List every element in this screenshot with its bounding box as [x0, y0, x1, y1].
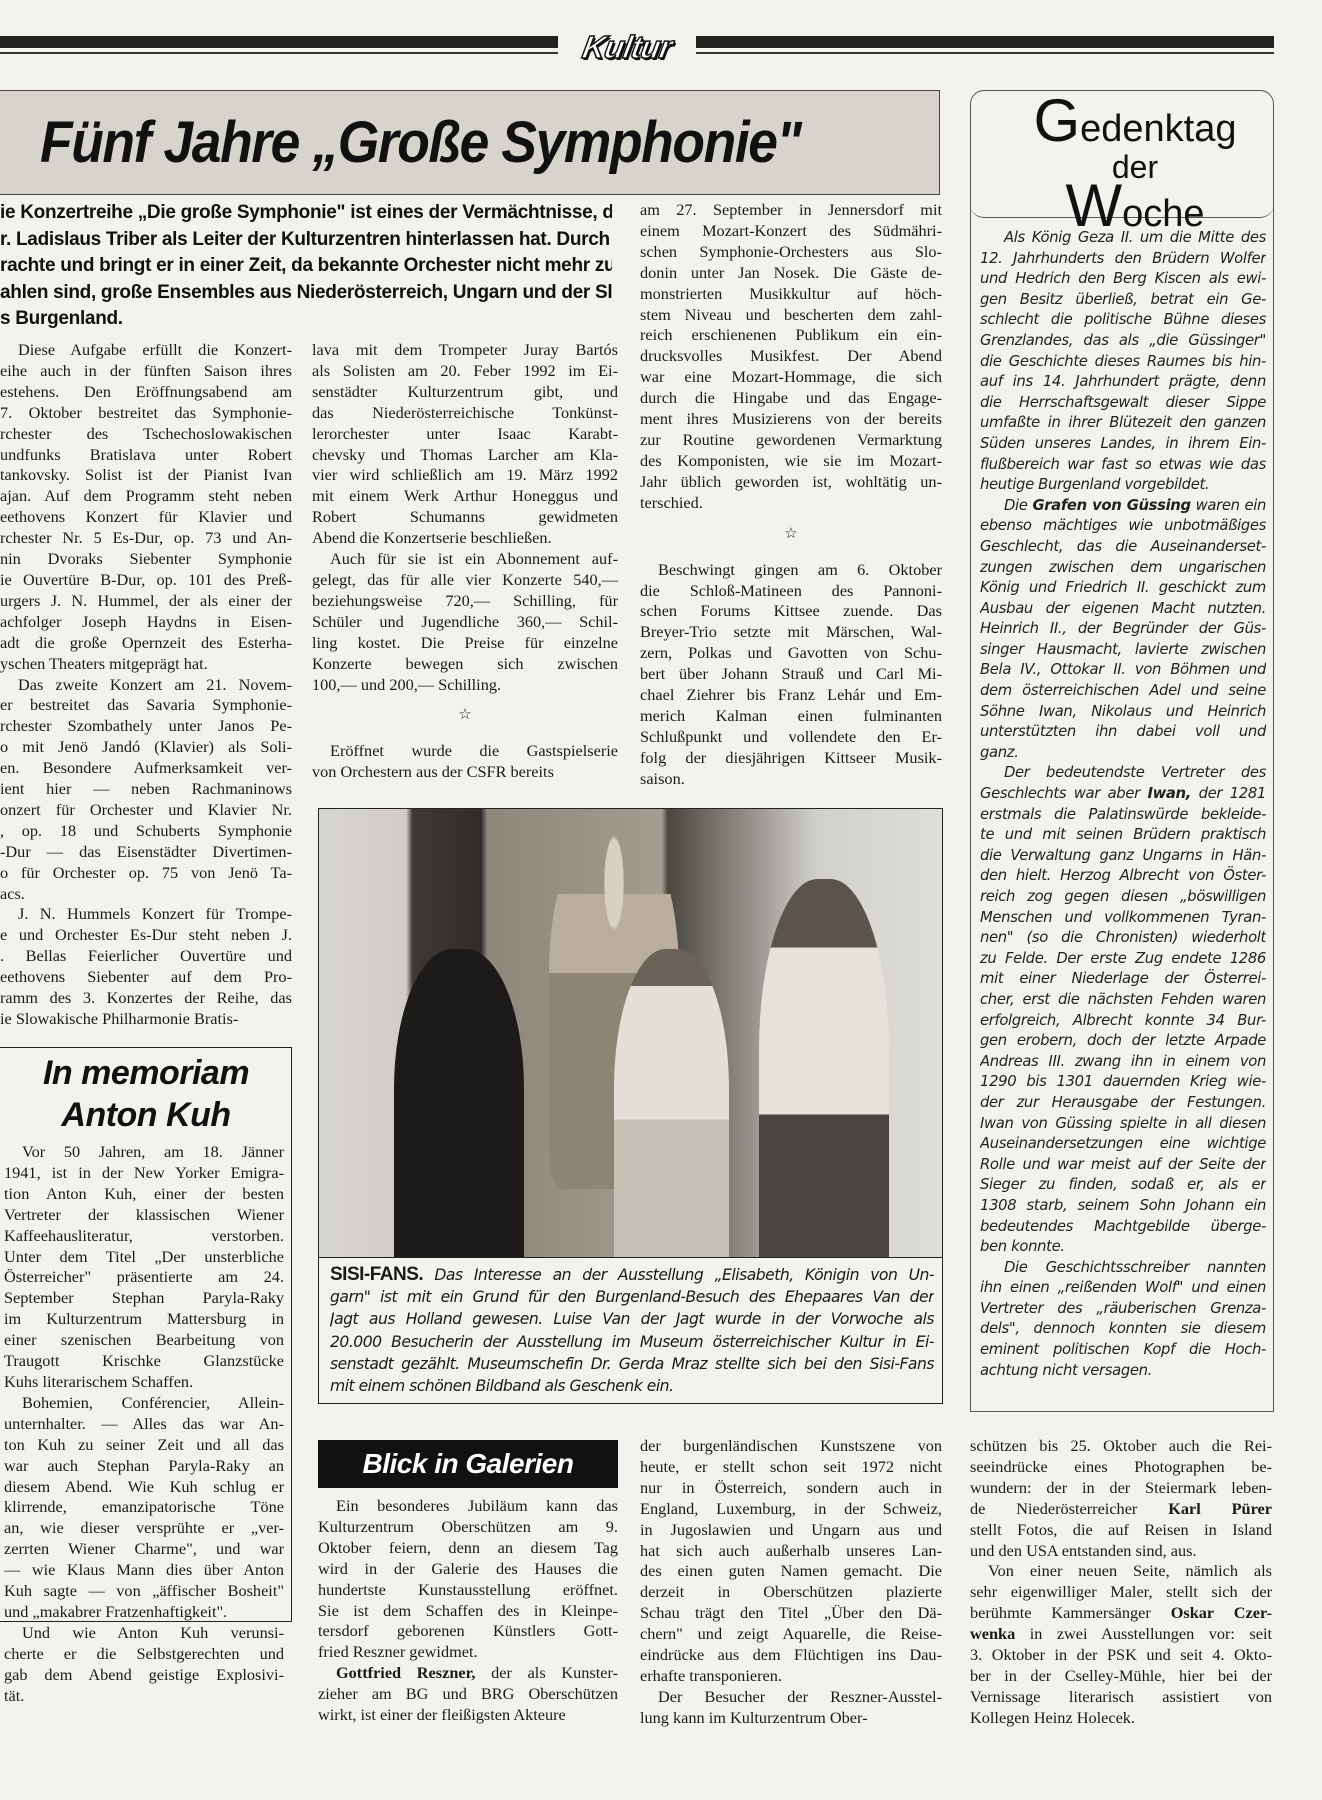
memoriam-line: Kuh sagte — von „äffischer Bosheit" — [4, 1581, 284, 1602]
sidebar-line: die Herrschaftsgewalt dieser Sippe — [980, 393, 1266, 414]
memoriam-line: September Stephan Paryla-Raky — [4, 1288, 284, 1309]
sidebar-line: den hielt. Herzog Albrecht von Öster- — [980, 866, 1266, 887]
article-line: Schlußpunkt und vollendete den Er- — [640, 727, 942, 748]
galerien-line: schützen bis 25. Oktober auch die Rei- — [970, 1436, 1272, 1457]
article-line: ramm des 3. Konzertes der Reihe, das — [0, 988, 292, 1009]
article-column-3: am 27. September in Jennersdorf miteinem… — [640, 200, 942, 790]
article-line: des Komponisten, wie sie im Mozart- — [640, 451, 942, 472]
memoriam-line: zerrten Wiener Charme", und war — [4, 1539, 284, 1560]
article-line: das Niederösterreichische Tonkünst- — [312, 403, 618, 424]
sidebar-line: erstmals die Palatinswürde bekleide- — [980, 805, 1266, 826]
galerien-line: Sie ist dem Schaffen des in Kleinpe- — [318, 1601, 618, 1622]
section-star-icon: ☆ — [640, 524, 942, 544]
galerien-line: wundern: der in der Steiermark leben- — [970, 1478, 1272, 1499]
article-column-2: lava mit dem Trompeter Juray Bartósals S… — [312, 340, 618, 783]
sidebar-line: dels", dennoch konnten sie diesem — [980, 1319, 1266, 1340]
article-line: Jahr üblich geworden ist, wohltätig un- — [640, 472, 942, 493]
memoriam-line: an, wie dieser versprühte er „ver- — [4, 1518, 284, 1539]
galerien-line: sehr eigenwilliger Maler, stellt sich de… — [970, 1582, 1272, 1603]
memoriam-line: gab dem Abend geistige Explosivi- — [4, 1665, 284, 1686]
sidebar-line: Die Geschichtsschreiber nannten — [980, 1258, 1266, 1279]
sidebar-line: unterstützten ihn dabei voll und — [980, 722, 1266, 743]
article-line: schen Symphonie-Orchesters aus Slo- — [640, 242, 942, 263]
news-photo — [318, 808, 943, 1258]
article-line: eihe auch in der fünften Saison ihres — [0, 361, 292, 382]
sidebar-line: zu Felde. Der erste Zug endete 1286 — [980, 949, 1266, 970]
article-line: e und Orchester Es-Dur steht neben J. — [0, 925, 292, 946]
article-line: lava mit dem Trompeter Juray Bartós — [312, 340, 618, 361]
article-line: Robert Schumanns gewidmeten — [312, 507, 618, 528]
galerien-line: hat sich auch außerhalb unseres Lan- — [640, 1541, 942, 1562]
sidebar-line: Vertreter des „räuberischen Grenza- — [980, 1299, 1266, 1320]
galerien-line: wirkt, ist einer der fleißigsten Akteure — [318, 1705, 618, 1726]
article-line: onzert für Orchester und Klavier Nr. — [0, 800, 292, 821]
sidebar-line: Die Grafen von Güssing waren ein — [980, 496, 1266, 517]
article-line: , op. 18 und Schuberts Symphonie — [0, 821, 292, 842]
article-line: eethovens Siebenter auf dem Pro- — [0, 967, 292, 988]
sidebar-line: Als König Geza II. um die Mitte des — [980, 228, 1266, 249]
memoriam-line: ton Kuh zu seiner Zeit und all das — [4, 1435, 284, 1456]
galerien-line: de Niederösterreicher Karl Pürer — [970, 1499, 1272, 1520]
galerien-column-1: Ein besonderes Jubiläum kann dasKulturze… — [318, 1496, 618, 1726]
galerien-line: berühmte Kammersänger Oskar Czer- — [970, 1603, 1272, 1624]
article-line: beziehungsweise 720,— Schilling, für — [312, 591, 618, 612]
caption-line: senstadt gezählt. Museumschefin Dr. Gerd… — [330, 1353, 934, 1375]
article-line: stem Niveau und bescherten dem zahl- — [640, 305, 942, 326]
memoriam-line: Und wie Anton Kuh verunsi- — [4, 1623, 284, 1644]
article-line: Beschwingt gingen am 6. Oktober — [640, 560, 942, 581]
sidebar-title-rest-1: edenktag — [1080, 108, 1236, 150]
sidebar-title: Gedenktag der Woche — [1000, 96, 1270, 237]
sidebar-line: Geschlechts war aber Iwan, der 1281 — [980, 784, 1266, 805]
galerien-line: Kollegen Heinz Holecek. — [970, 1708, 1272, 1729]
sidebar-line: Rolle und war meist auf der Seite der — [980, 1155, 1266, 1176]
memoriam-line: war auch Stephan Paryla-Raky an — [4, 1456, 284, 1477]
article-line: terschied. — [640, 493, 942, 514]
memoriam-line: klirrende, emanzipatorische Töne — [4, 1497, 284, 1518]
sidebar-line: schlecht die politische Bühne dieses — [980, 310, 1266, 331]
article-line: lerorchester unter Isaac Karabt- — [312, 424, 618, 445]
section-star-icon: ☆ — [312, 705, 618, 725]
memoriam-line: Vor 50 Jahren, am 18. Jänner — [4, 1142, 284, 1163]
article-line: Eröffnet wurde die Gastspielserie — [312, 741, 618, 762]
galerien-line: lung kann im Kulturzentrum Ober- — [640, 1708, 942, 1729]
article-line: Das zweite Konzert am 21. Novem- — [0, 675, 292, 696]
sidebar-line: achtung nicht versagen. — [980, 1361, 1266, 1382]
article-line: rchester Nr. 5 Es-Dur, op. 73 und An- — [0, 528, 292, 549]
article-line: 100,— und 200,— Schilling. — [312, 675, 618, 696]
memoriam-line: Vertreter der klassischen Wiener — [4, 1205, 284, 1226]
article-line: die Schloß-Matineen des Pannoni- — [640, 581, 942, 602]
memoriam-line: und „makabrer Fratzenhaftigkeit". — [4, 1602, 284, 1623]
sidebar-line: Ausbau der eigenen Macht nutzten. — [980, 599, 1266, 620]
sidebar-line: Menschen und vollkommenen Tyran- — [980, 908, 1266, 929]
sidebar-line: ben konnte. — [980, 1237, 1266, 1258]
article-line: undfunks Bratislava unter Robert — [0, 445, 292, 466]
article-line: ling kostet. Die Preise für einzelne — [312, 633, 618, 654]
memoriam-line: — wie Klaus Mann dies über Anton — [4, 1560, 284, 1581]
sidebar-line: cher, erst die nächsten Fehden waren — [980, 990, 1266, 1011]
memoriam-title: In memoriam Anton Kuh — [0, 1052, 292, 1136]
headline: Fünf Jahre „Große Symphonie" — [40, 98, 868, 188]
photo-caption: SISI-FANS. Das Interesse an der Ausstell… — [330, 1264, 934, 1397]
galerien-line: heute, er stellt schon seit 1972 nicht — [640, 1457, 942, 1478]
article-line: mit einem Werk Arthur Honeggus und — [312, 486, 618, 507]
section-rule-right-thin — [696, 52, 1274, 54]
article-line: saison. — [640, 769, 942, 790]
galerien-banner: Blick in Galerien — [318, 1440, 618, 1488]
lead-paragraph: ie Konzertreihe „Die große Symphonie" is… — [0, 200, 612, 333]
sidebar-line: ihn einen „reißenden Wolf" und einen — [980, 1278, 1266, 1299]
galerien-line: Ein besonderes Jubiläum kann das — [318, 1496, 618, 1517]
article-line: Breyer-Trio setzte mit Märschen, Wal- — [640, 622, 942, 643]
lead-line: rachte und bringt er in einer Zeit, da b… — [0, 253, 612, 280]
memoriam-line: Unter dem Titel „Der unsterbliche — [4, 1247, 284, 1268]
article-line: zern, Polkas und Gavotten von Schu- — [640, 643, 942, 664]
sidebar-line: mit einer Niederlage der Österrei- — [980, 969, 1266, 990]
sidebar-line: die Geschichte dieses Raumes bis hin- — [980, 352, 1266, 373]
section-rule-right — [696, 36, 1274, 48]
article-line: folg der diesjährigen Kittseer Musik- — [640, 748, 942, 769]
article-line: ie Slowakische Philharmonie Bratis- — [0, 1009, 292, 1030]
article-line: vier wird schließlich am 19. März 1992 — [312, 465, 618, 486]
galerien-line: Vernissage literarisch assistiert von — [970, 1687, 1272, 1708]
sidebar-line: Grenzlandes, das als „die Güssinger" — [980, 331, 1266, 352]
sidebar-line: erfolgreich, Albrecht konnte 34 Bur- — [980, 1011, 1266, 1032]
article-line: ajan. Auf dem Programm steht neben — [0, 486, 292, 507]
galerien-line: Schau trägt den Titel „Über den Dä- — [640, 1603, 942, 1624]
galerien-line: und den USA entstanden sind, aus. — [970, 1541, 1272, 1562]
galerien-line: eindrücke aus dem Flüchtigen ins Dau- — [640, 1645, 942, 1666]
memoriam-line: im Kulturzentrum Mattersburg in — [4, 1309, 284, 1330]
article-line: als Solisten am 20. Feber 1992 im Ei- — [312, 361, 618, 382]
caption-line: garn" ist mit ein Grund für den Burgenla… — [330, 1286, 934, 1308]
memoriam-line: unternhalter. — Alles das war An- — [4, 1414, 284, 1435]
sidebar-title-line-2: der — [1000, 153, 1270, 181]
article-line: J. N. Hummels Konzert für Trompe- — [0, 904, 292, 925]
caption-line: 20.000 Besucherin der Ausstellung im Mus… — [330, 1331, 934, 1353]
article-line: gelegt, das für alle vier Konzerte 540,— — [312, 570, 618, 591]
galerien-line: wird in der Galerie des Hauses die — [318, 1559, 618, 1580]
article-line: reich erschienenen Publikum ein ein- — [640, 325, 942, 346]
sidebar-title-cap-g: G — [1033, 87, 1080, 154]
article-line: merich Kalman einen fulminanten — [640, 706, 942, 727]
sidebar-line: heutige Burgenland vorgebildet. — [980, 475, 1266, 496]
sidebar-line: bedeutendes Machtgebilde überge- — [980, 1217, 1266, 1238]
article-line: 7. Oktober bestreitet das Symphonie- — [0, 403, 292, 424]
article-line: am 27. September in Jennersdorf mit — [640, 200, 942, 221]
lead-line: r. Ladislaus Triber als Leiter der Kultu… — [0, 227, 612, 254]
galerien-line: zieher am BG und BRG Oberschützen — [318, 1684, 618, 1705]
article-line: en. Besondere Aufmerksamkeit ver- — [0, 758, 292, 779]
galerien-line: der burgenländischen Kunstszene von — [640, 1436, 942, 1457]
sidebar-line: Geschlecht, das die Auseinanderset- — [980, 537, 1266, 558]
article-line: Diese Aufgabe erfüllt die Konzert- — [0, 340, 292, 361]
article-line: chevsky und Thomas Larcher am Kla- — [312, 445, 618, 466]
article-line: o mit Jenö Jandó (Klavier) als Soli- — [0, 737, 292, 758]
article-line: drucksvolles Musikfest. Der Abend — [640, 346, 942, 367]
galerien-line: chern" und zeigt Aquarelle, die Reise- — [640, 1624, 942, 1645]
sidebar-line: singer Hausmacht, lavierte zwischen — [980, 640, 1266, 661]
memoriam-line: Österreicher" präsentierte am 24. — [4, 1267, 284, 1288]
article-line: acs. — [0, 884, 292, 905]
galerien-line: in Jugoslawien und Ungarn aus und — [640, 1520, 942, 1541]
galerien-line: seeindrücke eines Photographen be- — [970, 1457, 1272, 1478]
memoriam-line: Bohemien, Conférencier, Allein- — [4, 1393, 284, 1414]
sidebar-line: gen Besitz überließ, betrat ein Ge- — [980, 290, 1266, 311]
galerien-line: erhafte transponieren. — [640, 1666, 942, 1687]
galerien-line: 3. Oktober in der PSK und seit 4. Okto- — [970, 1645, 1272, 1666]
memoriam-line: 1941, ist in der New Yorker Emigra- — [4, 1163, 284, 1184]
caption-line: SISI-FANS. Das Interesse an der Ausstell… — [330, 1264, 934, 1286]
article-line: ment ihres Musizierens von der bereits — [640, 409, 942, 430]
galerien-column-2: der burgenländischen Kunstszene vonheute… — [640, 1436, 942, 1729]
article-line: . Bellas Feierlicher Ouvertüre und — [0, 946, 292, 967]
galerien-line: England, Luxemburg, in der Schweiz, — [640, 1499, 942, 1520]
article-line: von Orchestern aus der CSFR bereits — [312, 762, 618, 783]
article-line: zur Routine gewordenen Vermarktung — [640, 430, 942, 451]
article-line: estehens. Den Eröffnungsabend am — [0, 382, 292, 403]
sidebar-text: Als König Geza II. um die Mitte des12. J… — [980, 228, 1266, 1381]
galerien-line: Kulturzentrum Oberschützen am 9. — [318, 1517, 618, 1538]
article-line: rchester des Tschechoslowakischen — [0, 424, 292, 445]
galerien-line: fried Reszner gewidmet. — [318, 1642, 618, 1663]
article-line: war eine Mozart-Hommage, die sich — [640, 367, 942, 388]
sidebar-line: König und Friedrich II. geschickt zum — [980, 578, 1266, 599]
sidebar-line: Süden unseres Landes, in ihrem Ein- — [980, 434, 1266, 455]
galerien-line: des einen guten Namen gemacht. Die — [640, 1561, 942, 1582]
article-line: ient hier — neben Rachmaninows — [0, 779, 292, 800]
sidebar-line: umfaßte in ihrer Blütezeit den ganzen — [980, 413, 1266, 434]
galerien-line: Der Besucher der Reszner-Ausstel- — [640, 1687, 942, 1708]
article-line: er bestreitet das Savaria Symphonie- — [0, 695, 292, 716]
article-column-1: Diese Aufgabe erfüllt die Konzert-eihe a… — [0, 340, 292, 1030]
article-line: schen Forums Kittsee zuende. Das — [640, 601, 942, 622]
galerien-line: Von einer neuen Seite, nämlich als — [970, 1561, 1272, 1582]
sidebar-line: 1290 bis 1301 dauernden Krieg wie- — [980, 1072, 1266, 1093]
sidebar-line: Söhne Iwan, Nikolaus und Heinrich — [980, 702, 1266, 723]
lead-line: ahlen sind, große Ensembles aus Niederös… — [0, 280, 612, 307]
photo-woman-left — [394, 949, 524, 1258]
sidebar-line: dem österreichischen Adel und seine — [980, 681, 1266, 702]
memoriam-line: Traugott Krischke Glanzstücke — [4, 1351, 284, 1372]
galerien-line: wenka in zwei Ausstellungen vor: seit — [970, 1624, 1272, 1645]
lead-line: s Burgenland. — [0, 306, 612, 333]
sidebar-line: Der bedeutendste Vertreter des — [980, 763, 1266, 784]
sidebar-line: gen erobern, doch der letzte Arpade — [980, 1031, 1266, 1052]
article-line: chael Ziehrer bis Franz Lehár und Em- — [640, 685, 942, 706]
galerien-column-3: schützen bis 25. Oktober auch die Rei-se… — [970, 1436, 1272, 1729]
galerien-line: nur in Österreich, sondern auch in — [640, 1478, 942, 1499]
memoriam-line: Kuhs literarischem Schaffen. — [4, 1372, 284, 1393]
sidebar-line: Sieger zu finden, sodaß er, als er — [980, 1175, 1266, 1196]
article-line: einem Mozart-Konzert des Südmähri- — [640, 221, 942, 242]
article-line: durch die Hingabe und das Engage- — [640, 388, 942, 409]
article-line: -Dur — das Eisenstädter Divertimen- — [0, 842, 292, 863]
photo-man-right — [759, 879, 889, 1258]
photo-woman-center — [614, 949, 729, 1258]
sidebar-line: 12. Jahrhunderts den Brüdern Wolfer — [980, 249, 1266, 270]
memoriam-line: diesem Abend. Wie Kuh schlug er — [4, 1477, 284, 1498]
sidebar-line: te und mit seinen Brüdern praktisch — [980, 825, 1266, 846]
sidebar-line: Auseinandersetzungen eine wichtige — [980, 1134, 1266, 1155]
article-line: senstädter Kulturzentrum gibt, und — [312, 382, 618, 403]
memoriam-line: cherte er die Selbstgerechten und — [4, 1644, 284, 1665]
galerien-line: Gottfried Reszner, der als Kunster- — [318, 1663, 618, 1684]
section-label: Kultur — [558, 26, 695, 68]
article-line: Konzerte bewegen sich zwischen — [312, 654, 618, 675]
sidebar-line: und Hedrich den Berg Kiscen als ewi- — [980, 269, 1266, 290]
sidebar-line: Heinrich II., der Begründer der Güs- — [980, 619, 1266, 640]
caption-line: Jagt aus Holland gewesen. Luise Van der … — [330, 1308, 934, 1330]
galerien-line: derzeit in Oberschützen plazierte — [640, 1582, 942, 1603]
memoriam-line: einer szenischen Bearbeitung von — [4, 1330, 284, 1351]
sidebar-line: Bela IV., Ottokar II. von Böhmen und — [980, 660, 1266, 681]
section-rule-left — [0, 36, 558, 48]
galerien-line: hundertste Kunstausstellung eröffnet. — [318, 1580, 618, 1601]
article-line: rchester Szombathely unter Janos Pe- — [0, 716, 292, 737]
article-line: Schüler und Jugendliche 360,— Schil- — [312, 612, 618, 633]
sidebar-line: nen" (so die Chronisten) wiederholt — [980, 928, 1266, 949]
caption-label: SISI-FANS. — [330, 1264, 423, 1285]
memoriam-line: tion Anton Kuh, einer der besten — [4, 1184, 284, 1205]
article-line: achfolger Joseph Haydns in Eisen- — [0, 612, 292, 633]
article-line: adt die große Opernzeit des Esterha- — [0, 633, 292, 654]
article-line: Auch für sie ist ein Abonnement auf- — [312, 549, 618, 570]
memoriam-title-line-1: In memoriam — [0, 1052, 292, 1094]
sidebar-line: ganz. — [980, 743, 1266, 764]
article-line: tankovsky. Solist ist der Pianist Ivan — [0, 465, 292, 486]
sidebar-line: ebenso mächtiges wie unbotmäßiges — [980, 516, 1266, 537]
memoriam-line: Kaffeehausliteratur, verstorben. — [4, 1226, 284, 1247]
memoriam-text: Vor 50 Jahren, am 18. Jänner1941, ist in… — [4, 1142, 284, 1706]
article-line: ie Ouvertüre B-Dur, op. 101 des Preß- — [0, 570, 292, 591]
memoriam-line: tät. — [4, 1686, 284, 1707]
galerien-line: ber in der Cselley-Mühle, hier bei der — [970, 1666, 1272, 1687]
galerien-line: tersdorf geborenen Künstlers Gott- — [318, 1621, 618, 1642]
article-line: monstrierten Musikkultur auf höch- — [640, 284, 942, 305]
sidebar-line: Andreas III. zwang ihn in einem von — [980, 1052, 1266, 1073]
article-line: nin Dvoraks Siebenter Symphonie — [0, 549, 292, 570]
memoriam-title-line-2: Anton Kuh — [0, 1094, 292, 1136]
sidebar-line: die Verwaltung ganz Ungarns in Hän- — [980, 846, 1266, 867]
article-line: yschen Theaters mitgeprägt hat. — [0, 654, 292, 675]
article-line: donin unter Jan Nosek. Die Gäste de- — [640, 263, 942, 284]
caption-line: mit einem schönen Bildband als Geschenk … — [330, 1375, 934, 1397]
section-rule-left-thin — [0, 52, 558, 54]
article-line: urgers J. N. Hummel, der als einer der — [0, 591, 292, 612]
sidebar-line: auf ins 14. Jahrhundert prägte, denn — [980, 372, 1266, 393]
article-line: bert über Johann Strauß und Carl Mi- — [640, 664, 942, 685]
galerien-line: stellt Fotos, die auf Reisen in Island — [970, 1520, 1272, 1541]
sidebar-line: zungen zwischen dem ungarischen — [980, 558, 1266, 579]
sidebar-line: flußbereich war fast so etwas wie das — [980, 455, 1266, 476]
galerien-line: Oktober feiern, denn an diesem Tag — [318, 1538, 618, 1559]
sidebar-line: Iwan von Güssing spielte in all diesen — [980, 1114, 1266, 1135]
sidebar-line: 1308 starb, seinem Sohn Johann ein — [980, 1196, 1266, 1217]
article-line: o für Orchester op. 75 von Jenö Ta- — [0, 863, 292, 884]
article-line: eethovens Konzert für Klavier und — [0, 507, 292, 528]
article-line: Abend die Konzertserie beschließen. — [312, 528, 618, 549]
sidebar-line: eminent politischen Kopf die Hoch- — [980, 1340, 1266, 1361]
sidebar-line: reich zog gegen diesen „böswilligen — [980, 887, 1266, 908]
lead-line: ie Konzertreihe „Die große Symphonie" is… — [0, 200, 612, 227]
sidebar-line: der zur Herausgabe der Festungen. — [980, 1093, 1266, 1114]
